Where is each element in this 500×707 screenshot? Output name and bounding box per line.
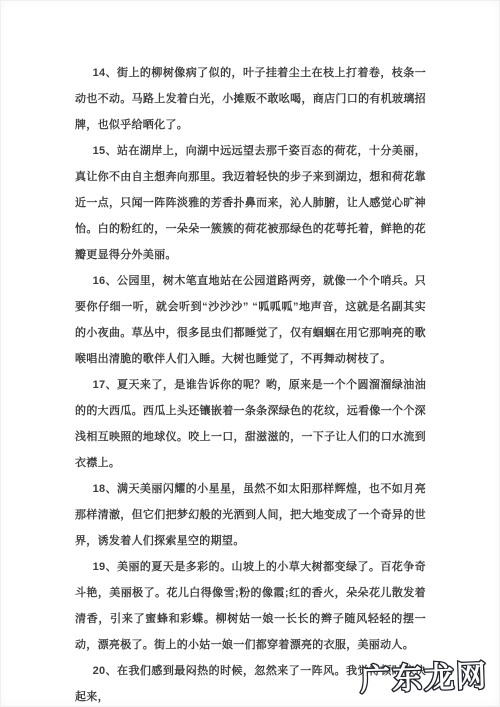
paragraph-18: 18、满天美丽闪耀的小星星，虽然不如太阳那样辉煌，也不如月亮那样清澈，但它们把梦… (75, 476, 426, 554)
paragraph-16: 16、公园里，树木笔直地站在公园道路两旁，就像一个个哨兵。只要你仔细一听，就会听… (75, 268, 426, 372)
paragraph-15: 15、站在湖岸上，向湖中远远望去那千姿百态的荷花，十分美丽，真让你不由自主想奔向… (75, 138, 426, 268)
document-body: 14、街上的柳树像病了似的，叶子挂着尘土在枝上打着卷，枝条一动也不动。马路上发着… (75, 60, 426, 707)
paragraph-17: 17、夏天来了，是谁告诉你的呢？哟，原来是一个个圆溜溜绿油油的的大西瓜。西瓜上头… (75, 372, 426, 476)
watermark-logo: 广东龙网 (359, 651, 488, 699)
document-page: 14、街上的柳树像病了似的，叶子挂着尘土在枝上打着卷，枝条一动也不动。马路上发着… (0, 0, 500, 707)
paragraph-14: 14、街上的柳树像病了似的，叶子挂着尘土在枝上打着卷，枝条一动也不动。马路上发着… (75, 60, 426, 138)
paragraph-19: 19、美丽的夏天是多彩的。山坡上的小草大树都变绿了。百花争奇斗艳，美丽极了。花儿… (75, 554, 426, 658)
